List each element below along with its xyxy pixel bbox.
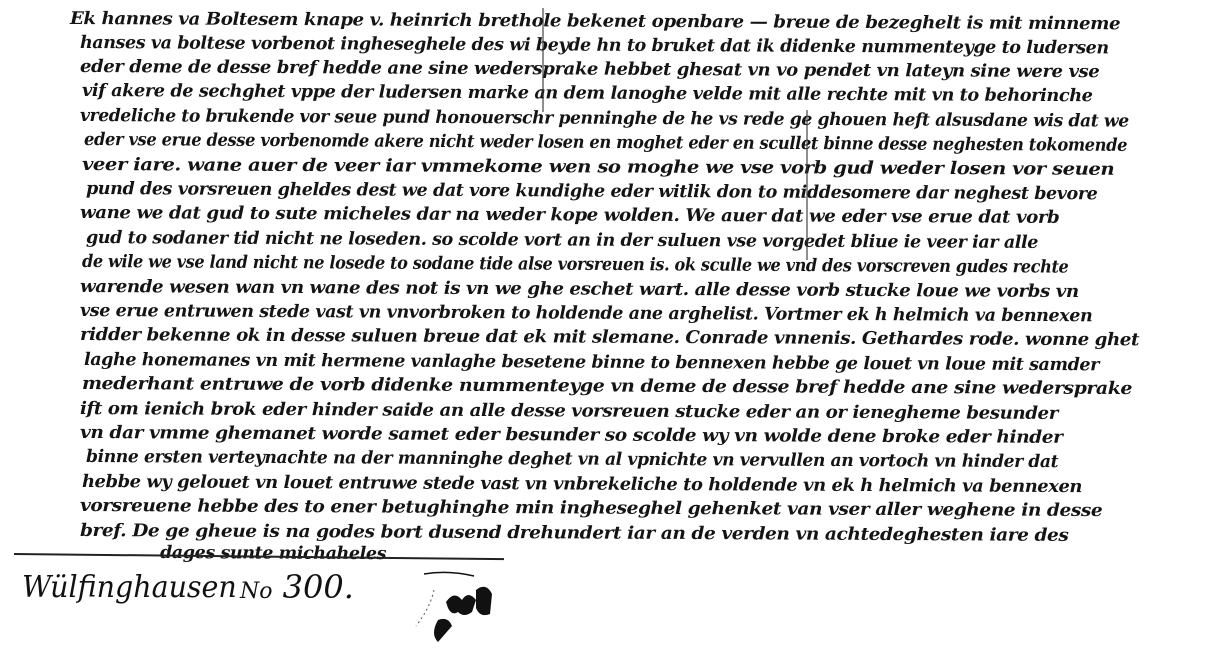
charter-line-23: dages sunte michaheles — [160, 540, 386, 567]
fold-line-middle — [806, 110, 808, 260]
archive-number-prefix: No — [240, 579, 273, 604]
fold-line-upper — [542, 8, 544, 112]
archive-number-value: 300. — [283, 568, 354, 606]
archive-label: Wülfinghausen — [22, 570, 237, 605]
charter-page: Ek hannes va Boltesem knape v. heinrich … — [0, 0, 1211, 653]
seal-fragment-icon — [408, 568, 498, 648]
archive-number: No 300. — [240, 568, 354, 606]
